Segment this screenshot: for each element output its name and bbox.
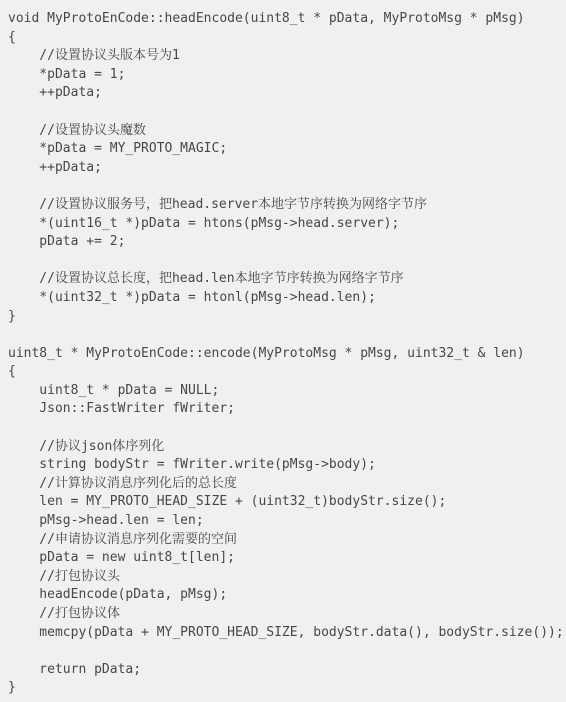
code-line [8, 103, 558, 122]
code-line: uint8_t * MyProtoEnCode::encode(MyProtoM… [8, 345, 558, 364]
code-line: //设置协议服务号，把head.server本地字节序转换为网络字节序 [8, 196, 558, 215]
code-line: //打包协议头 [8, 568, 558, 587]
code-line: *(uint16_t *)pData = htons(pMsg->head.se… [8, 215, 558, 234]
code-line [8, 326, 558, 345]
code-line: { [8, 29, 558, 48]
code-line: Json::FastWriter fWriter; [8, 400, 558, 419]
code-line [8, 419, 558, 438]
code-line: return pData; [8, 661, 558, 680]
code-line: string bodyStr = fWriter.write(pMsg->bod… [8, 456, 558, 475]
code-line: memcpy(pData + MY_PROTO_HEAD_SIZE, bodyS… [8, 624, 558, 643]
code-line [8, 177, 558, 196]
code-line: uint8_t * pData = NULL; [8, 382, 558, 401]
code-line: pData = new uint8_t[len]; [8, 549, 558, 568]
code-block: void MyProtoEnCode::headEncode(uint8_t *… [0, 0, 566, 702]
code-line: *pData = 1; [8, 66, 558, 85]
code-line: } [8, 679, 558, 698]
code-line: len = MY_PROTO_HEAD_SIZE + (uint32_t)bod… [8, 493, 558, 512]
code-line: //协议json体序列化 [8, 438, 558, 457]
code-line: void MyProtoEnCode::headEncode(uint8_t *… [8, 10, 558, 29]
code-line: //设置协议头版本号为1 [8, 47, 558, 66]
code-line: //计算协议消息序列化后的总长度 [8, 475, 558, 494]
code-line: pData += 2; [8, 233, 558, 252]
code-line: pMsg->head.len = len; [8, 512, 558, 531]
code-line: //设置协议头魔数 [8, 122, 558, 141]
code-line: //设置协议总长度，把head.len本地字节序转换为网络字节序 [8, 270, 558, 289]
code-line: } [8, 308, 558, 327]
code-line [8, 252, 558, 271]
code-line: ++pData; [8, 84, 558, 103]
code-line: { [8, 363, 558, 382]
code-line: headEncode(pData, pMsg); [8, 586, 558, 605]
code-line: *pData = MY_PROTO_MAGIC; [8, 140, 558, 159]
code-line [8, 642, 558, 661]
code-line: //打包协议体 [8, 605, 558, 624]
code-line: //申请协议消息序列化需要的空间 [8, 531, 558, 550]
code-line: ++pData; [8, 159, 558, 178]
code-line: *(uint32_t *)pData = htonl(pMsg->head.le… [8, 289, 558, 308]
